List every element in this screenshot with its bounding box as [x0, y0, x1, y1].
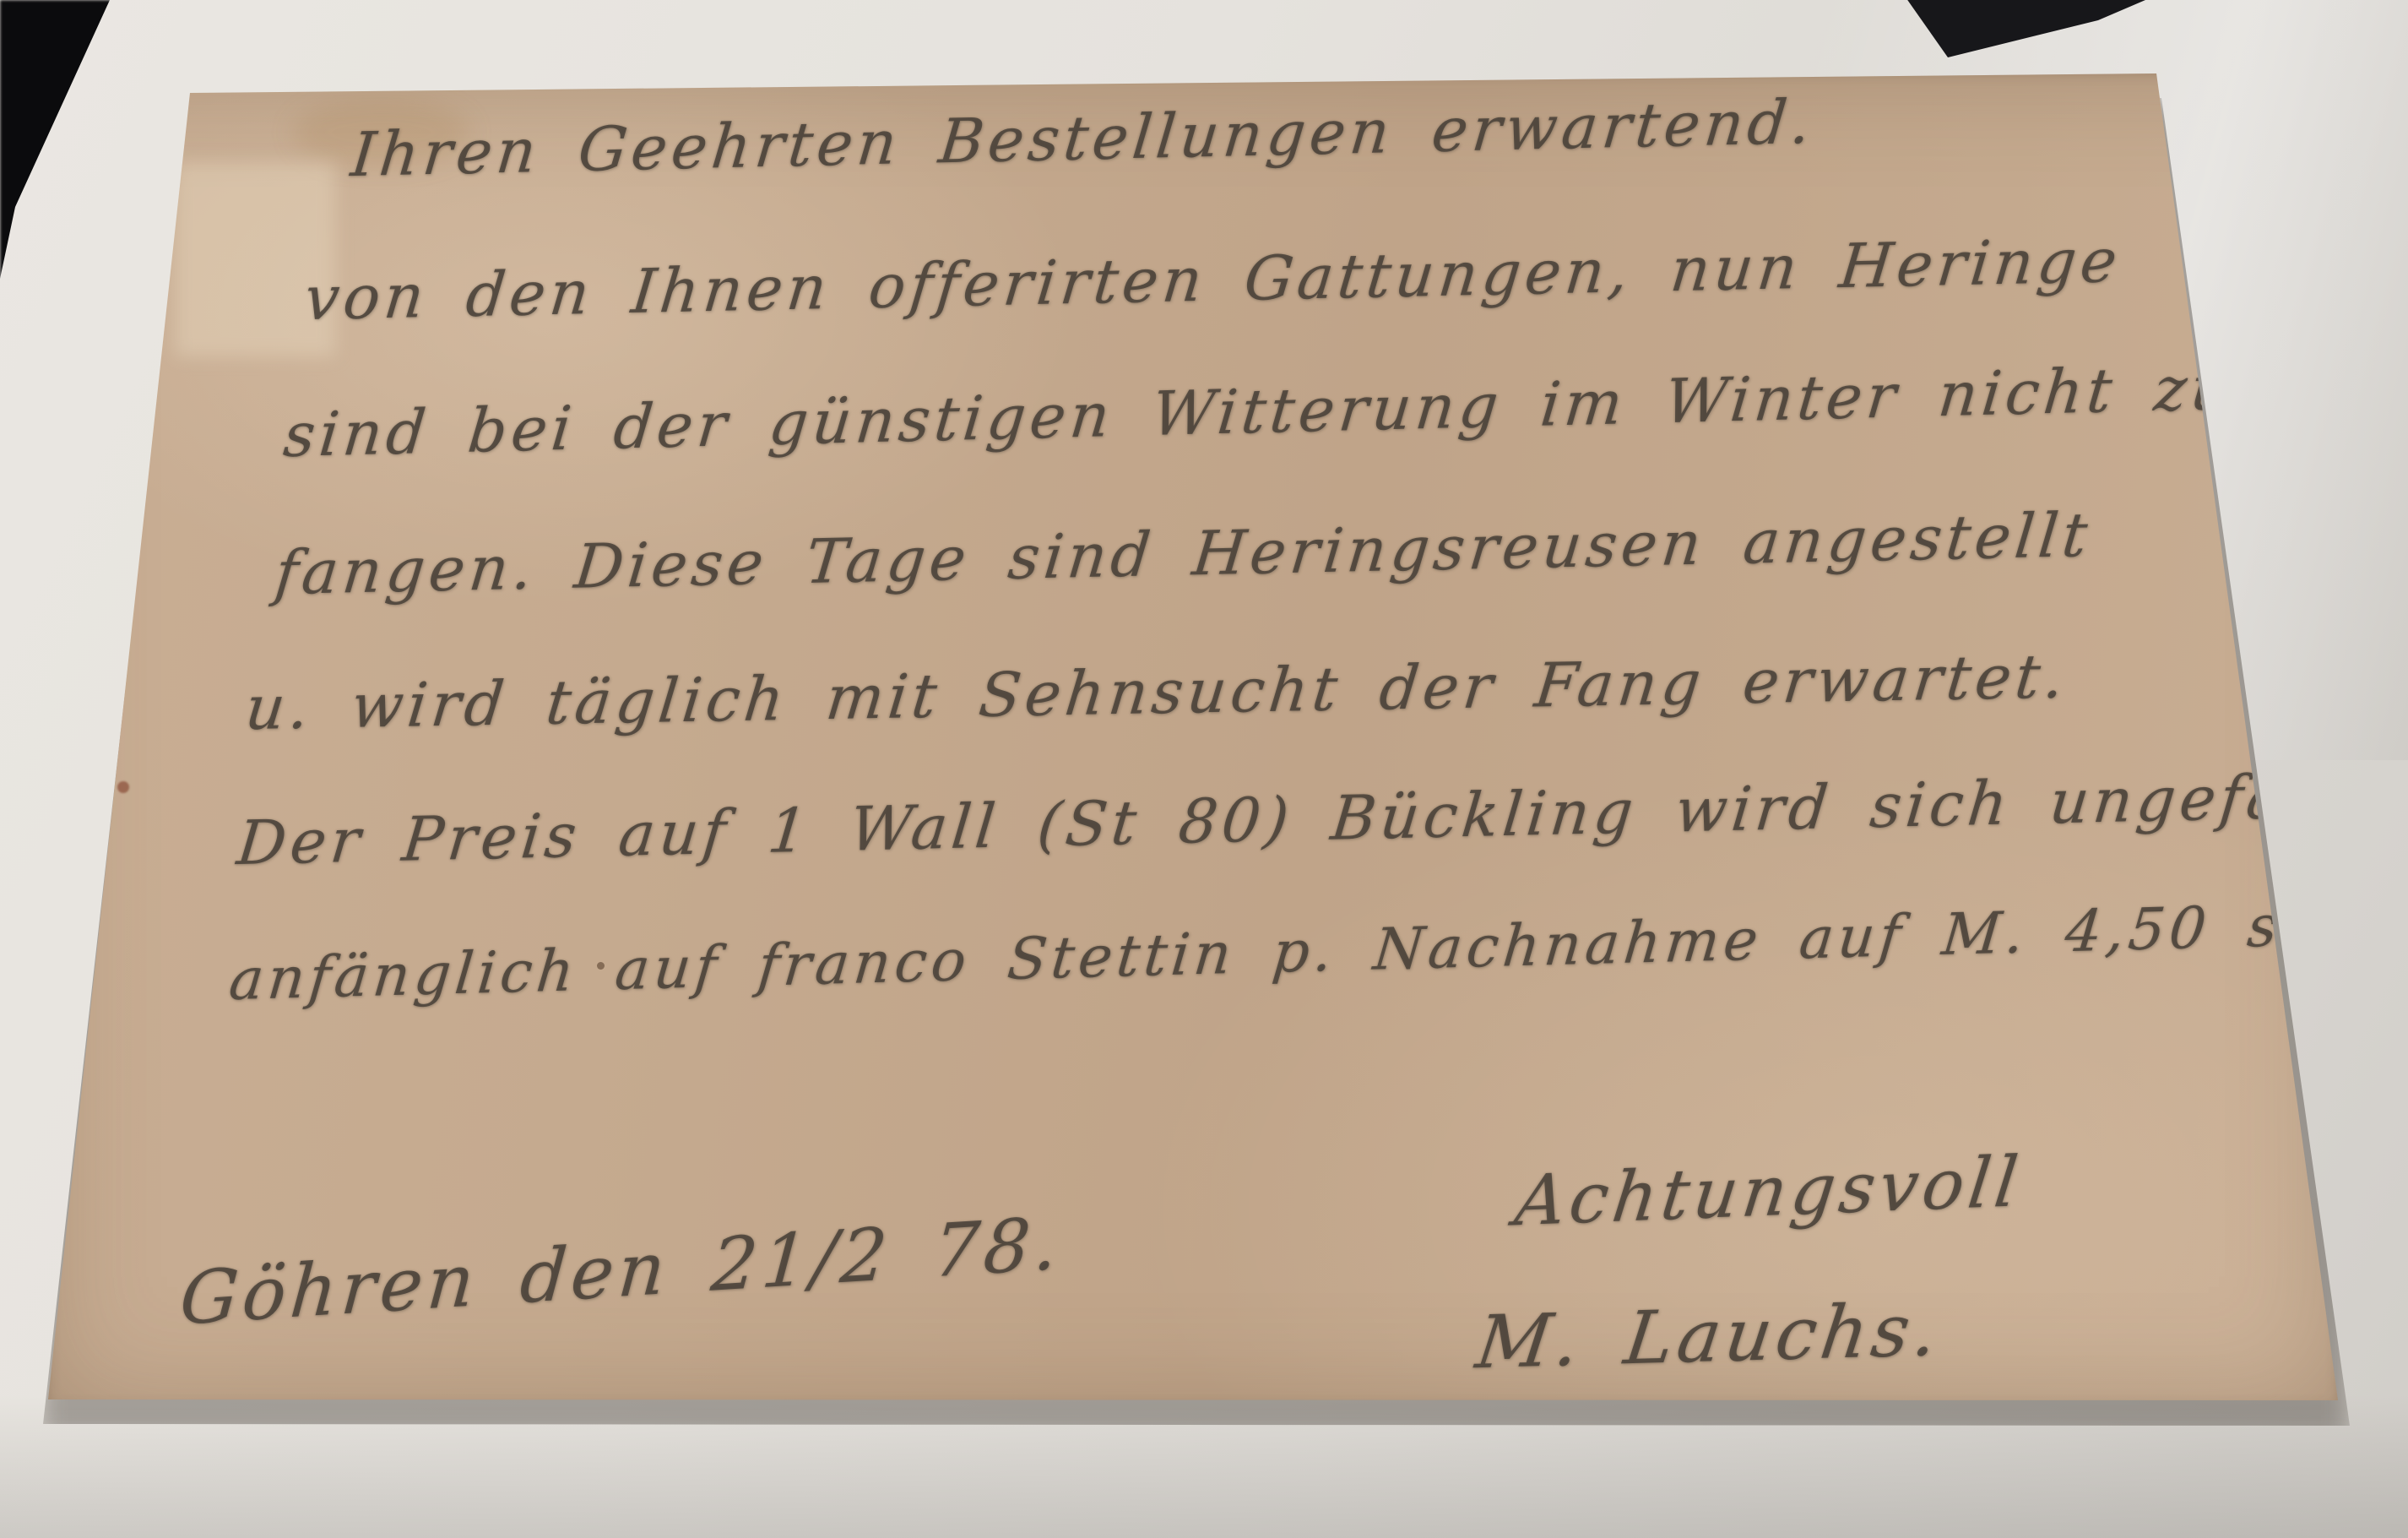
signature: M. Lauchs. — [1472, 1294, 1946, 1380]
place-and-date: Göhren den 21/2 78. — [177, 1207, 1064, 1335]
paper-speck — [117, 781, 129, 793]
handwriting-line-6: Der Preis auf 1 Wall (St 80) Bückling wi… — [235, 764, 2367, 873]
postcard: Ihren Geehrten Bestellungen erwartend. v… — [48, 73, 2338, 1406]
handwriting-line-5: u. wird täglich mit Sehnsucht der Fang e… — [242, 645, 2070, 738]
handwriting-line-2: von den Ihnen offerirten Gattungen, nun … — [302, 230, 2124, 329]
handwriting-line-1: Ihren Geehrten Bestellungen erwartend. — [349, 91, 1818, 186]
handwriting-line-7: anfänglich auf franco Stettin p. Nachnah… — [226, 893, 2408, 1009]
handwriting-line-4: fangen. Diese Tage sind Heringsreusen an… — [273, 504, 2095, 603]
photo-of-postcard: Ihren Geehrten Bestellungen erwartend. v… — [0, 0, 2408, 1538]
handwriting-line-3: sind bei der günstigen Witterung im Wint… — [281, 357, 2237, 466]
closing-salutation: Achtungsvoll — [1511, 1148, 2026, 1236]
